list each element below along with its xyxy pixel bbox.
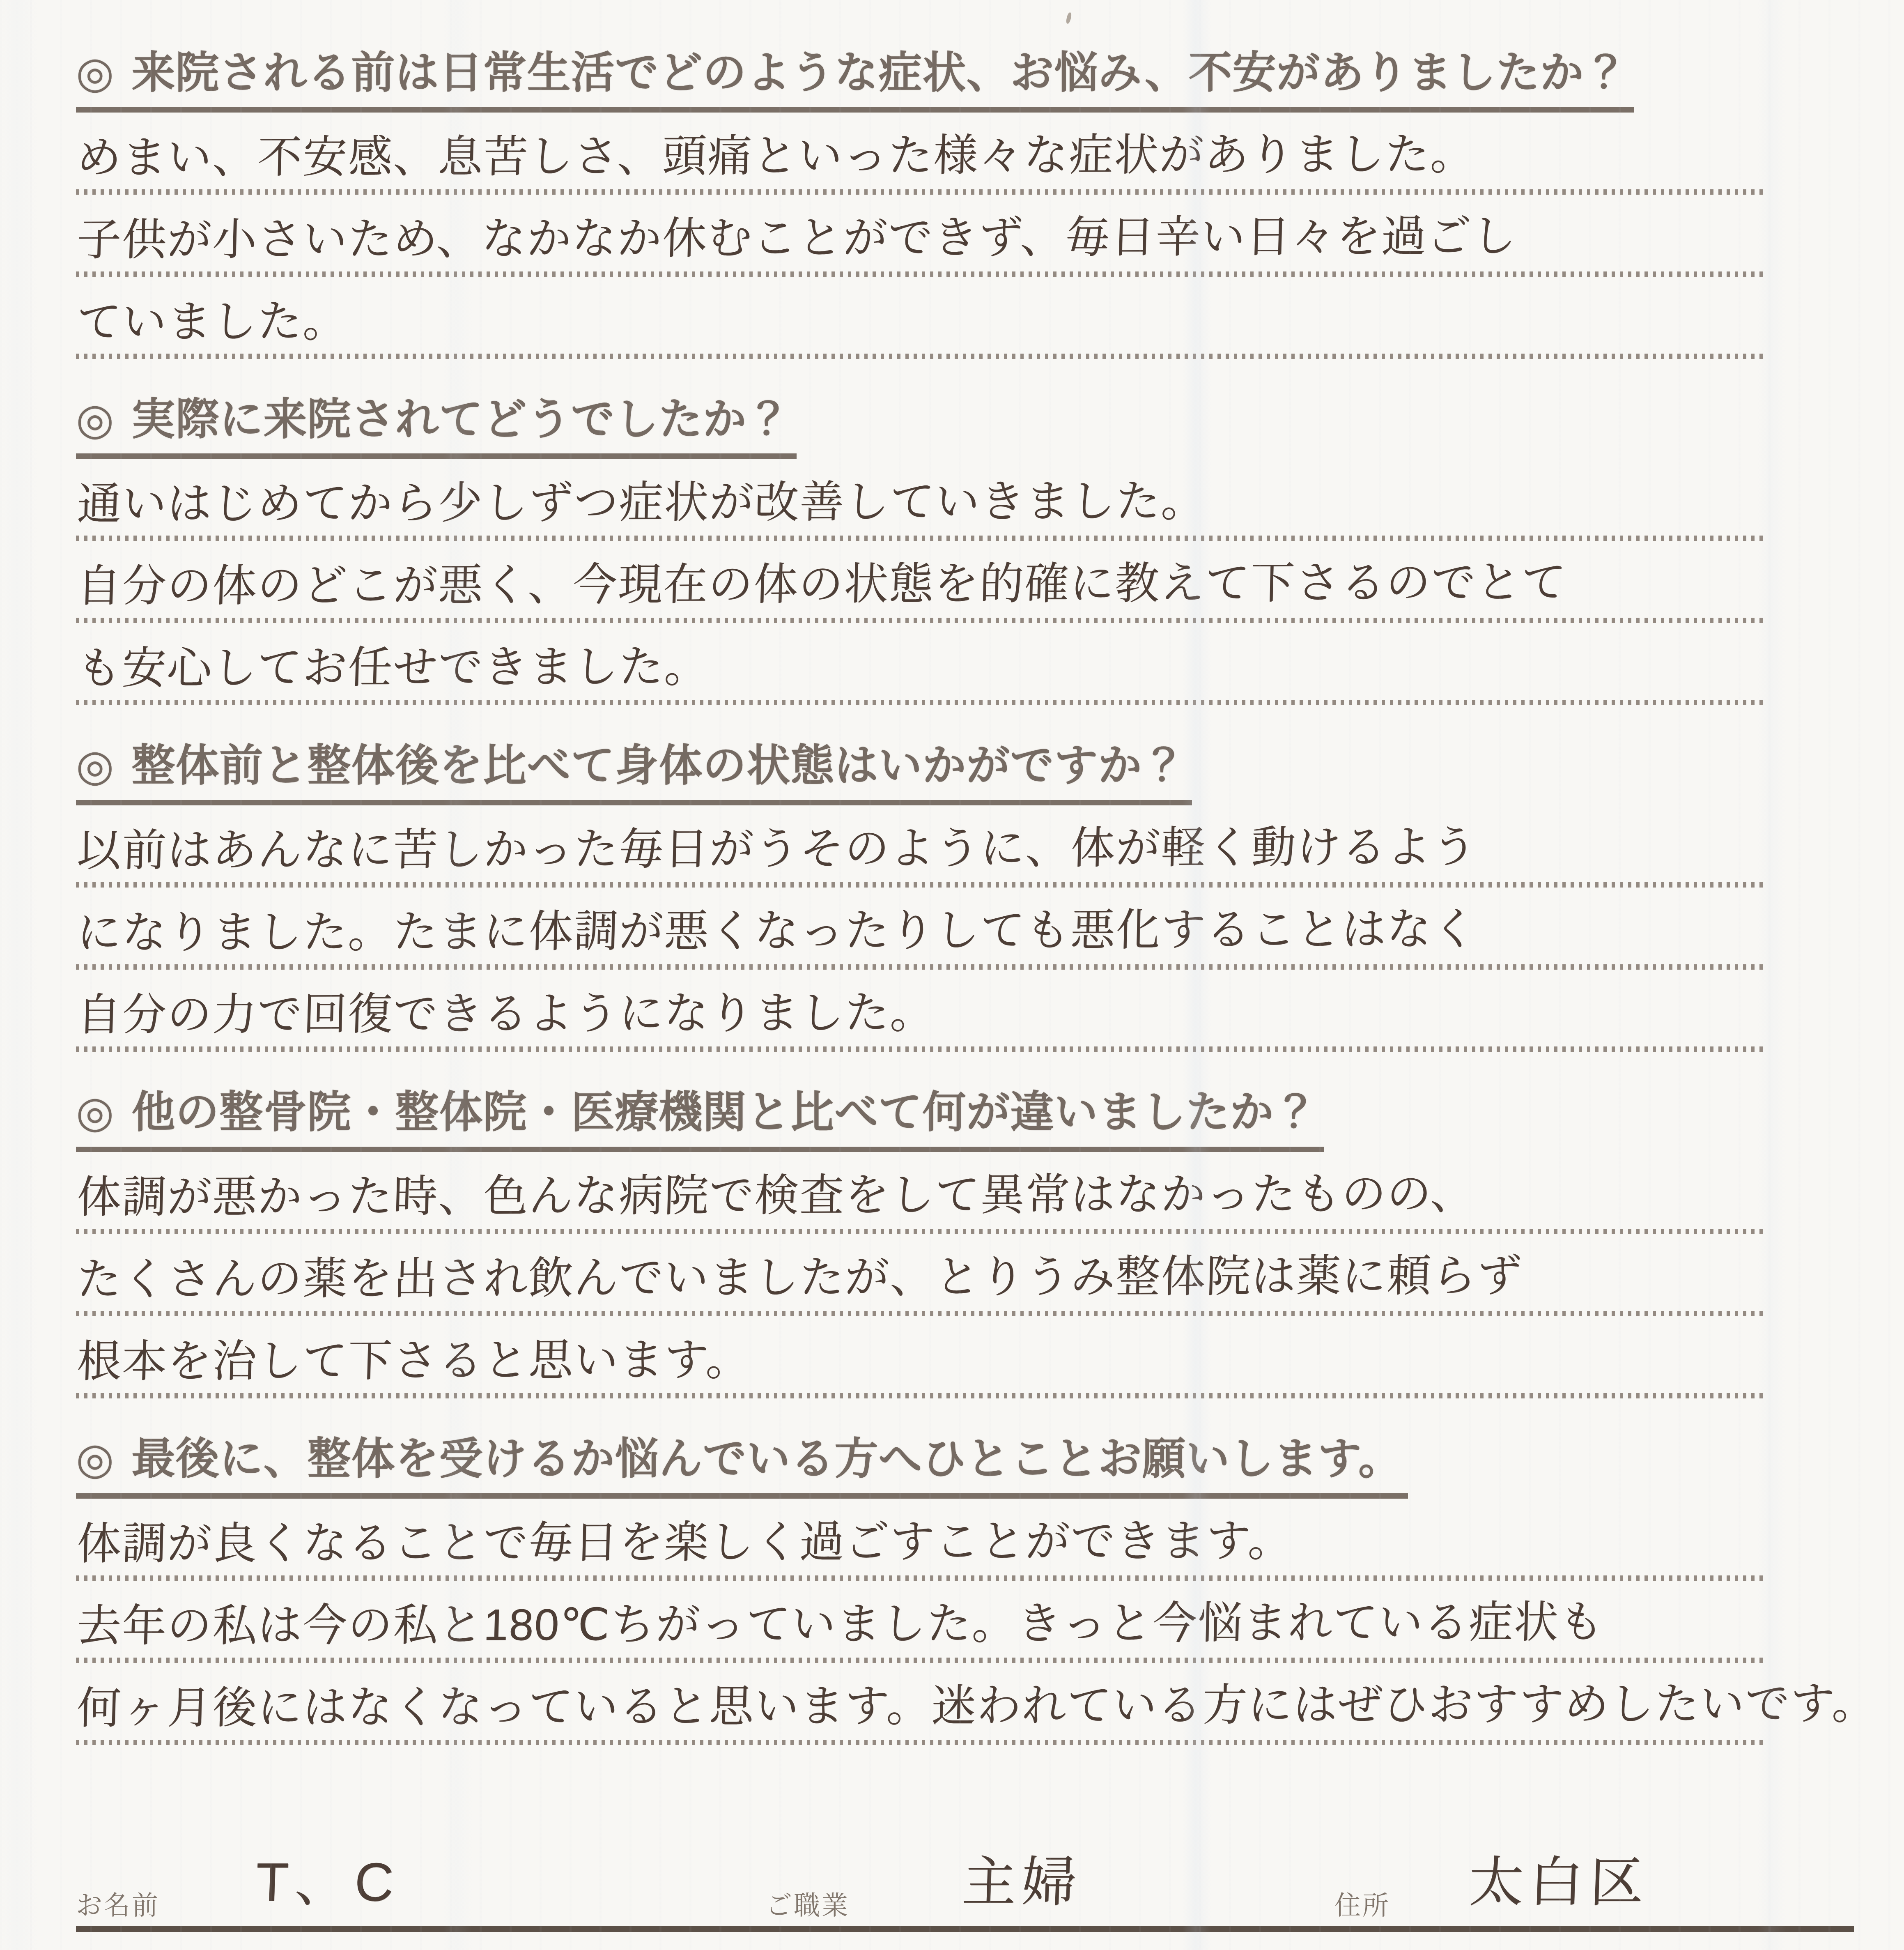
question-text: 来院される前は日常生活でどのような症状、お悩み、不安がありましたか？ (132, 48, 1628, 97)
handwritten-text: 自分の力で回復できるようになりました。 (76, 991, 936, 1052)
question-heading: ◎来院される前は日常生活でどのような症状、お悩み、不安がありましたか？ (76, 48, 1634, 113)
double-circle-bullet-icon: ◎ (76, 1435, 115, 1483)
answer-line: 体調が悪かった時、色んな病院で検査をして異常はなかったものの、 (76, 1152, 1764, 1234)
double-circle-bullet-icon: ◎ (76, 395, 115, 444)
double-circle-bullet-icon: ◎ (76, 48, 115, 97)
dotted-rule (76, 189, 1764, 195)
questionnaire-content: ◎来院される前は日常生活でどのような症状、お悩み、不安がありましたか？ めまい、… (76, 48, 1764, 1745)
handwritten-text: 体調が悪かった時、色んな病院で検査をして異常はなかったものの、 (76, 1171, 1476, 1234)
question-text: 実際に来院されてどうでしたか？ (132, 395, 791, 444)
handwritten-text: ていました。 (76, 299, 349, 359)
answer-line: 去年の私は今の私と180℃ちがっていました。きっと今悩まれている症状も (76, 1581, 1764, 1663)
address-field-label: 住所 (1334, 1884, 1390, 1922)
question-section-3: ◎整体前と整体後を比べて身体の状態はいかがですか？ 以前はあんなに苦しかった毎日… (76, 705, 1764, 1052)
question-text: 最後に、整体を受けるか悩んでいる方へひとことお願いします。 (132, 1435, 1403, 1483)
answer-line: 根本を治して下さると思います。 (76, 1316, 1764, 1398)
answer-line: になりました。たまに体調が悪くなったりしても悪化することはなく (76, 888, 1764, 970)
question-text: 他の整骨院・整体院・医療機関と比べて何が違いましたか？ (132, 1088, 1318, 1136)
handwritten-text: 根本を治して下さると思います。 (76, 1338, 751, 1398)
occupation-field-label: ご職業 (766, 1884, 850, 1922)
answer-line: たくさんの薬を出され飲んでいましたが、とりうみ整体院は薬に頼らず (76, 1234, 1764, 1316)
dotted-rule (76, 1229, 1764, 1234)
handwritten-text: たくさんの薬を出され飲んでいましたが、とりうみ整体院は薬に頼らず (76, 1253, 1523, 1316)
dotted-rule (76, 1658, 1764, 1663)
answer-line: 子供が小さいため、なかなか休むことができず、毎日辛い日々を過ごし (76, 195, 1764, 277)
answer-line: 自分の体のどこが悪く、今現在の体の状態を的確に教えて下さるのでとて (76, 541, 1764, 623)
handwritten-text: 以前はあんなに苦しかった毎日がうそのように、体が軽く動けるよう (76, 825, 1478, 888)
answer-line: 通いはじめてから少しずつ症状が改善していきました。 (76, 459, 1764, 541)
answer-line: 自分の力で回復できるようになりました。 (76, 970, 1764, 1052)
answer-line: 以前はあんなに苦しかった毎日がうそのように、体が軽く動けるよう (76, 805, 1764, 888)
question-section-4: ◎他の整骨院・整体院・医療機関と比べて何が違いましたか？ 体調が悪かった時、色ん… (76, 1052, 1764, 1398)
dotted-rule (76, 1046, 1764, 1052)
question-heading: ◎実際に来院されてどうでしたか？ (76, 395, 797, 459)
double-circle-bullet-icon: ◎ (76, 1088, 115, 1137)
scanned-questionnaire-page: ◎来院される前は日常生活でどのような症状、お悩み、不安がありましたか？ めまい、… (0, 0, 1904, 1950)
signature-footer: お名前 T、C ご職業 主婦 住所 太白区 (76, 1824, 1854, 1932)
answer-line: 体調が良くなることで毎日を楽しく過ごすことができます。 (76, 1499, 1764, 1581)
scan-speck (1066, 12, 1072, 24)
handwritten-text: も安心してお任せできました。 (76, 644, 710, 705)
handwritten-text: 自分の体のどこが悪く、今現在の体の状態を的確に教えて下さるのでとて (76, 560, 1567, 623)
handwritten-text: になりました。たまに体調が悪くなったりしても悪化することはなく (76, 907, 1478, 970)
answer-line: めまい、不安感、息苦しさ、頭痛といった様々な症状がありました。 (76, 113, 1764, 195)
occupation-field-value: 主婦 (961, 1838, 1084, 1916)
dotted-rule (76, 1575, 1764, 1581)
dotted-rule (76, 1740, 1764, 1745)
dotted-rule (76, 1393, 1764, 1398)
dotted-rule (76, 354, 1764, 359)
question-heading: ◎他の整骨院・整体院・医療機関と比べて何が違いましたか？ (76, 1088, 1324, 1152)
name-field-label: お名前 (76, 1884, 160, 1922)
dotted-rule (76, 964, 1764, 970)
question-section-1: ◎来院される前は日常生活でどのような症状、お悩み、不安がありましたか？ めまい、… (76, 48, 1764, 359)
dotted-rule (76, 536, 1764, 541)
question-heading: ◎最後に、整体を受けるか悩んでいる方へひとことお願いします。 (76, 1435, 1408, 1499)
question-section-2: ◎実際に来院されてどうでしたか？ 通いはじめてから少しずつ症状が改善していきまし… (76, 359, 1764, 706)
address-field-value: 太白区 (1468, 1838, 1651, 1916)
question-section-5: ◎最後に、整体を受けるか悩んでいる方へひとことお願いします。 体調が良くなること… (76, 1398, 1764, 1745)
answer-line: ていました。 (76, 277, 1764, 359)
handwritten-text: 通いはじめてから少しずつ症状が改善していきました。 (76, 479, 1207, 541)
dotted-rule (76, 618, 1764, 623)
answer-line: も安心してお任せできました。 (76, 623, 1764, 705)
dotted-rule (76, 271, 1764, 277)
question-text: 整体前と整体後を比べて身体の状態はいかがですか？ (132, 741, 1186, 790)
question-heading: ◎整体前と整体後を比べて身体の状態はいかがですか？ (76, 741, 1192, 805)
handwritten-text: 子供が小さいため、なかなか休むことができず、毎日辛い日々を過ごし (76, 214, 1518, 277)
dotted-rule (76, 1311, 1764, 1316)
handwritten-text: 去年の私は今の私と180℃ちがっていました。きっと今悩まれている症状も (76, 1600, 1605, 1663)
dotted-rule (76, 700, 1764, 705)
handwritten-text: めまい、不安感、息苦しさ、頭痛といった様々な症状がありました。 (76, 132, 1476, 195)
double-circle-bullet-icon: ◎ (76, 741, 115, 790)
name-field-value: T、C (255, 1838, 401, 1916)
answer-line: 何ヶ月後にはなくなっていると思います。迷われている方にはぜひおすすめしたいです。 (76, 1663, 1764, 1745)
handwritten-text: 体調が良くなることで毎日を楽しく過ごすことができます。 (76, 1518, 1293, 1581)
handwritten-text: 何ヶ月後にはなくなっていると思います。迷われている方にはぜひおすすめしたいです。 (76, 1681, 1878, 1745)
dotted-rule (76, 882, 1764, 888)
